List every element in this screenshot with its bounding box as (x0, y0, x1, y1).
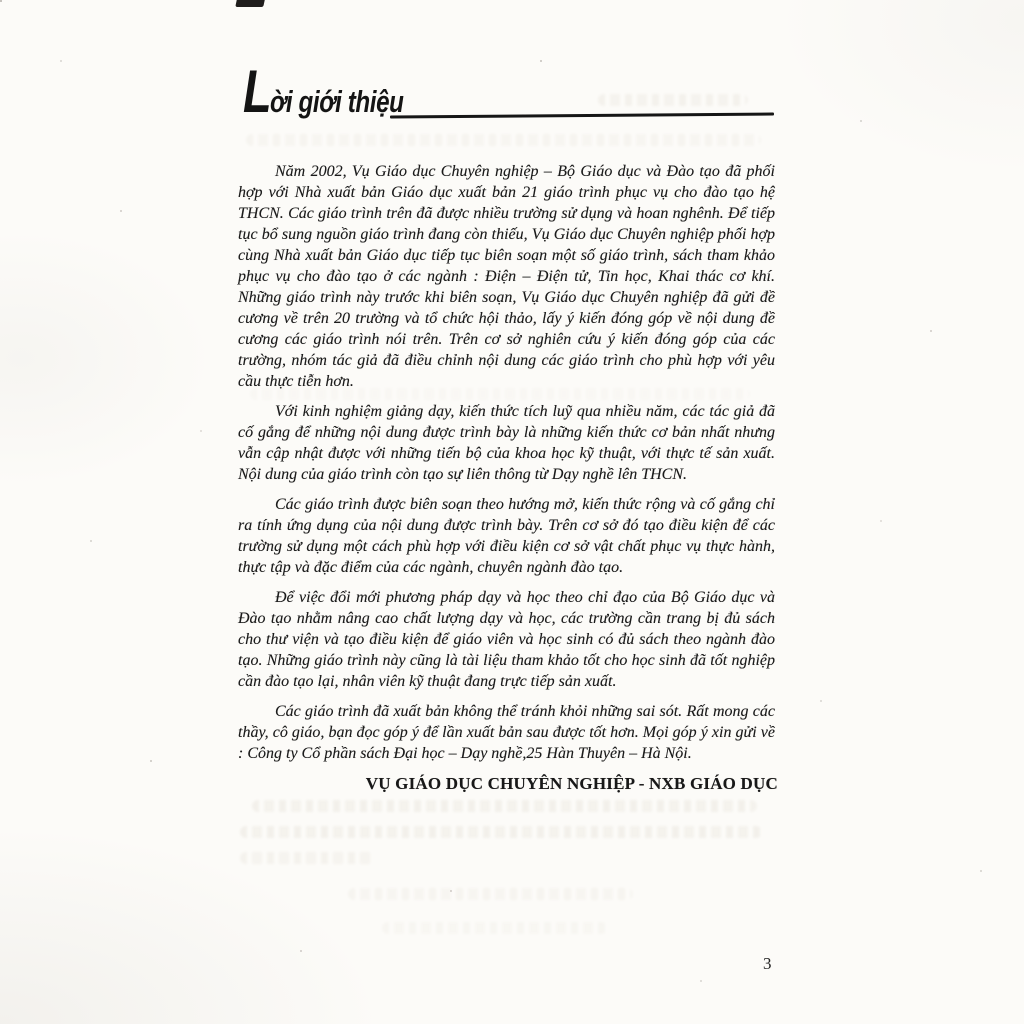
publisher-signature: VỤ GIÁO DỤC CHUYÊN NGHIỆP - NXB GIÁO DỤC (238, 774, 778, 794)
foreword-paragraph-4: Để việc đổi mới phương pháp dạy và học t… (238, 587, 775, 692)
foreword-paragraph-1: Năm 2002, Vụ Giáo dục Chuyên nghiệp – Bộ… (238, 161, 775, 392)
page-number: 3 (763, 954, 772, 974)
scan-edge-artifact (235, 0, 264, 7)
bleed-through-smudge (382, 922, 607, 934)
bleed-through-smudge (246, 134, 761, 146)
foreword-body: Năm 2002, Vụ Giáo dục Chuyên nghiệp – Bộ… (238, 161, 775, 773)
bleed-through-smudge (348, 888, 633, 900)
title-text: ời giới thiệu (270, 84, 404, 119)
scan-noise-speckles (0, 0, 2, 2)
scanned-book-page: Lời giới thiệu Năm 2002, Vụ Giáo dục Chu… (0, 0, 1024, 1024)
page-title: Lời giới thiệu (243, 68, 404, 120)
foreword-paragraph-2: Với kinh nghiệm giảng dạy, kiến thức tíc… (238, 401, 775, 485)
foreword-paragraph-5: Các giáo trình đã xuất bản không thể trá… (238, 701, 775, 764)
title-underline-rule (390, 112, 774, 118)
bleed-through-smudge (250, 388, 750, 400)
foreword-paragraph-3: Các giáo trình được biên soạn theo hướng… (238, 494, 775, 578)
title-drop-initial: L (243, 58, 270, 125)
bleed-through-smudge (240, 826, 762, 838)
bleed-through-smudge (240, 852, 375, 864)
bleed-through-smudge (252, 800, 757, 812)
bleed-through-smudge (598, 94, 748, 106)
